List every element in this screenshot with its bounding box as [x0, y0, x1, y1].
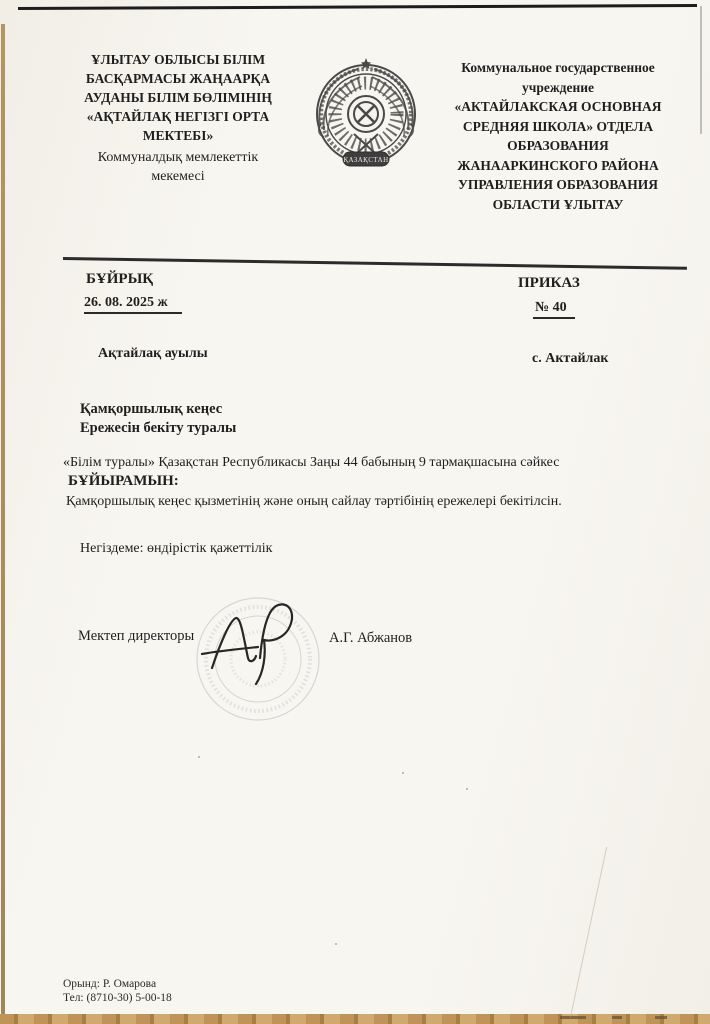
- header-separator-line: [63, 257, 687, 269]
- org-line: ОБРАЗОВАНИЯ: [426, 136, 690, 156]
- org-line: БАСҚАРМАСЫ ЖАҢААРҚА: [60, 69, 296, 88]
- scan-artifact: [560, 1016, 586, 1019]
- speck: [335, 943, 337, 945]
- order-date: 26. 08. 2025 ж: [84, 295, 182, 314]
- kazakhstan-coat-of-arms-icon: ҚАЗАҚСТАН: [314, 56, 418, 170]
- order-title-ru: ПРИКАЗ: [518, 275, 580, 292]
- place-kk: Ақтайлақ ауылы: [98, 346, 208, 362]
- speck: [198, 756, 200, 758]
- org-line: учреждение: [426, 78, 690, 98]
- emblem-banner-text: ҚАЗАҚСТАН: [343, 156, 388, 164]
- speck: [402, 772, 404, 774]
- order-subject: Қамқоршылық кеңес Ережесін бекіту туралы: [80, 400, 236, 438]
- org-name-kk: ҰЛЫТАУ ОБЛЫСЫ БІЛІМ БАСҚАРМАСЫ ЖАҢААРҚА …: [60, 50, 296, 186]
- decree-text: Қамқоршылық кеңес қызметінің және оның с…: [66, 494, 562, 510]
- paper-crease: [570, 847, 607, 1018]
- org-type-line: мекемесі: [60, 167, 296, 186]
- org-line: УПРАВЛЕНИЯ ОБРАЗОВАНИЯ: [426, 175, 690, 195]
- executor-line: Орынд: Р. Омарова: [63, 977, 172, 991]
- speck: [466, 788, 468, 790]
- org-type-line: Коммуналдық мемлекеттік: [60, 148, 296, 167]
- org-line: «АҚТАЙЛАҚ НЕГІЗГІ ОРТА: [60, 107, 296, 126]
- order-title-kk: БҰЙРЫҚ: [86, 271, 153, 288]
- top-edge-line: [18, 4, 697, 10]
- org-line: ҰЛЫТАУ ОБЛЫСЫ БІЛІМ: [60, 50, 296, 69]
- org-name-ru: Коммунальное государственное учреждение …: [426, 58, 690, 214]
- org-line: СРЕДНЯЯ ШКОЛА» ОТДЕЛА: [426, 117, 690, 137]
- org-line: ЖАНААРКИНСКОГО РАЙОНА: [426, 156, 690, 176]
- signer-position: Мектеп директоры: [78, 628, 194, 645]
- org-line: АУДАНЫ БІЛІМ БӨЛІМІНІҢ: [60, 88, 296, 107]
- scan-artifact: [612, 1016, 622, 1019]
- order-number: № 40: [533, 300, 575, 319]
- basis-paragraph: «Білім туралы» Қазақстан Республикасы За…: [63, 455, 559, 471]
- bottom-scan-edge: [0, 1014, 710, 1024]
- document-footer: Орынд: Р. Омарова Тел: (8710-30) 5-00-18: [63, 977, 172, 1005]
- decree-word: БҰЙЫРАМЫН:: [68, 473, 179, 490]
- scanned-order-document: ҰЛЫТАУ ОБЛЫСЫ БІЛІМ БАСҚАРМАСЫ ЖАҢААРҚА …: [0, 0, 710, 1024]
- left-scan-edge: [1, 24, 5, 1014]
- phone-line: Тел: (8710-30) 5-00-18: [63, 991, 172, 1005]
- place-ru: с. Актайлак: [532, 351, 608, 367]
- scan-artifact: [655, 1016, 667, 1019]
- subject-line: Ережесін бекіту туралы: [80, 419, 236, 438]
- justification-text: Негіздеме: өндірістік қажеттілік: [80, 541, 272, 557]
- director-signature: [196, 596, 324, 701]
- org-line: Коммунальное государственное: [426, 58, 690, 78]
- org-type-kk: Коммуналдық мемлекеттік мекемесі: [60, 148, 296, 186]
- org-line: МЕКТЕБІ»: [60, 126, 296, 145]
- signer-name: А.Г. Абжанов: [329, 630, 412, 647]
- page-corner-edge: [700, 6, 702, 134]
- org-line: ОБЛАСТИ ҰЛЫТАУ: [426, 195, 690, 215]
- org-line: «АКТАЙЛАКСКАЯ ОСНОВНАЯ: [426, 97, 690, 117]
- subject-line: Қамқоршылық кеңес: [80, 400, 236, 419]
